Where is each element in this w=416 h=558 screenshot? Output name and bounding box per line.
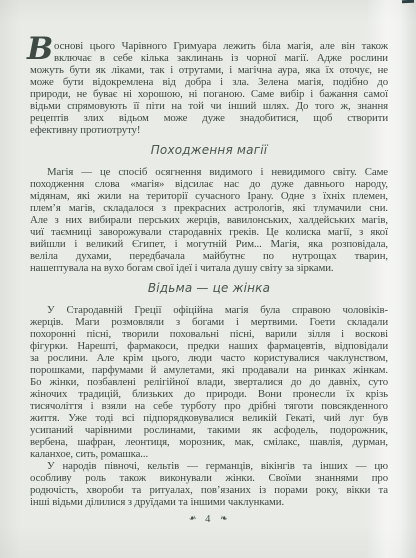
text-line: Але з них вибирали перських жерців, вави…: [30, 214, 388, 226]
text-line: особливу роль також виконували жінки. Св…: [30, 472, 388, 484]
text-line: життя. Уже тоді всі підпорядковувалися в…: [30, 412, 388, 424]
text-line: тисячоліття і взяли на себе турботу про …: [30, 400, 388, 412]
footer-right-ornament-icon: ❧: [219, 514, 228, 525]
text-line: відьми спрямовують її піти на той чи інш…: [30, 100, 388, 112]
paragraph: У Стародавній Греції офіційна магія була…: [30, 304, 388, 460]
text-line: похоронні пісні, творили поховальні пісн…: [30, 328, 388, 340]
paragraph: Магія — це спосіб осягнення видимого і н…: [30, 166, 388, 274]
paragraph: У народів півночі, кельтів — германців, …: [30, 460, 388, 508]
text-line: У народів півночі, кельтів — германців, …: [30, 460, 388, 472]
text-line: жерців. Маги розмовляли з богами і мертв…: [30, 316, 388, 328]
text-line: походження слова «магія» відсилає нас до…: [30, 178, 388, 190]
text-line: нашептувала на вухо богам свої ідеї і чи…: [30, 262, 388, 274]
text-column: Воснові цього Чарівного Гримуара лежить …: [30, 40, 388, 508]
section-heading: Відьма — це жінка: [30, 281, 388, 296]
text-line: вийшли і великий Єгипет, і могутній Рим.…: [30, 238, 388, 250]
text-line: веліла духами, передбачала майбутнє по н…: [30, 250, 388, 262]
text-line: інші відьми ділилися з друїдами та іншим…: [30, 496, 388, 508]
text-line: У Стародавній Греції офіційна магія була…: [30, 304, 388, 316]
text-line: можуть бути як ліками, так і отрутами, і…: [30, 64, 388, 76]
text-line: Магія — це спосіб осягнення видимого і н…: [30, 166, 388, 178]
footer-left-ornament-icon: ❧: [188, 514, 197, 525]
text-line: усипаний чарівними рослинами, такими як …: [30, 424, 388, 436]
text-line: включає в себе кілька заклинань із чорно…: [30, 52, 388, 64]
text-line: фігурки. Нарешті, фармакоси, предки наши…: [30, 340, 388, 352]
section-heading: Походження магії: [30, 143, 388, 158]
text-line: рецептів злих відьом може дуже знадобити…: [30, 112, 388, 124]
text-line: вербена, шафран, леонтиця, морозник, мак…: [30, 436, 388, 448]
text-line: плем’я магів, складалося з прекрасних ас…: [30, 202, 388, 214]
drop-cap: В: [27, 35, 53, 63]
text-line: чиї таємниці заворожували стародавніх гр…: [30, 226, 388, 238]
text-line: природи, не буває ні хорошою, ні поганою…: [30, 88, 388, 100]
page-footer: ❧4❧: [0, 514, 416, 525]
page-number: 4: [205, 514, 211, 525]
scan-edge-mark: [402, 0, 414, 3]
text-line: може бути відокремлена від добра і зла. …: [30, 76, 388, 88]
text-line: родючість, хвороби та ритуалах, пов’язан…: [30, 484, 388, 496]
text-line: мідянам, які жили на території сучасного…: [30, 190, 388, 202]
text-line: ефективну протиотруту!: [30, 124, 388, 136]
text-line: за рослини. Але крім цього, люди часто к…: [30, 352, 388, 364]
book-page: Воснові цього Чарівного Гримуара лежить …: [0, 0, 416, 558]
text-line: жіночих традицій, близьких до природи. В…: [30, 388, 388, 400]
paragraph: Воснові цього Чарівного Гримуара лежить …: [30, 40, 388, 136]
text-line: основі цього Чарівного Гримуара лежить б…: [30, 40, 388, 52]
text-line: порошками, парфумами й амулетами, які пр…: [30, 364, 388, 376]
text-line: Бо жінки, позбавлені релігійної влади, з…: [30, 376, 388, 388]
text-line: каланхое, сить, ромашка...: [30, 448, 388, 460]
